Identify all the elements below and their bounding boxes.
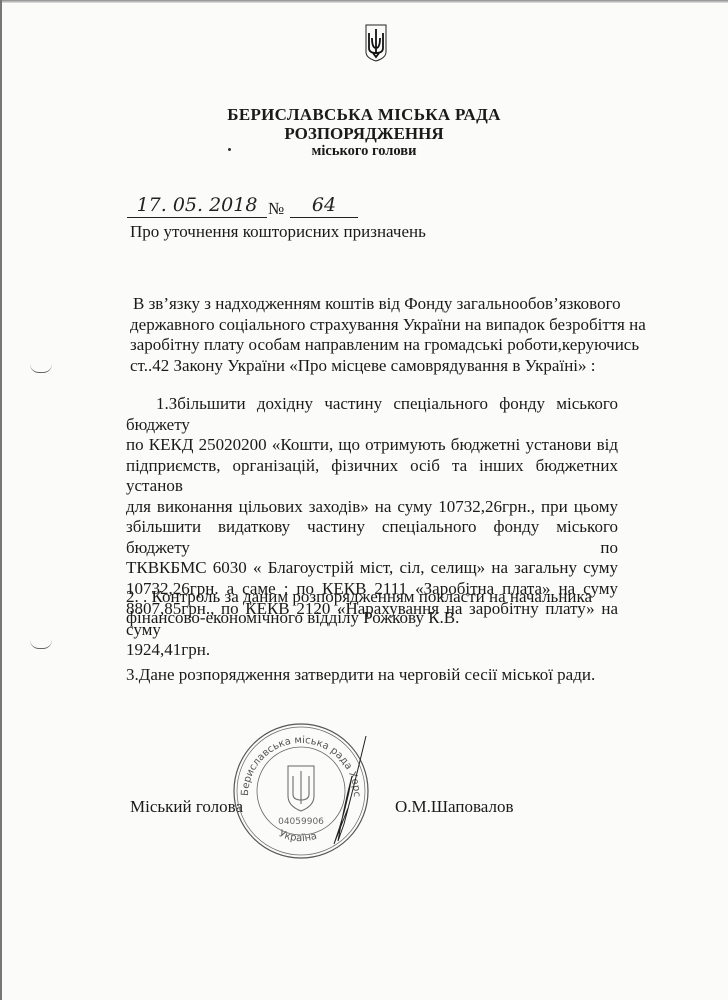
item-2: 2. . Контроль за даним розпорядженням по… — [126, 587, 618, 628]
item-1-line: підприємств, організацій, фізичних осіб … — [126, 456, 618, 497]
preamble-line: заробітну плату особам направленим на гр… — [130, 335, 620, 356]
preamble-line: ст..42 Закону України «Про місцеве самов… — [130, 356, 620, 377]
item-1-line: ТКВКБМС 6030 « Благоустрій міст, сіл, се… — [126, 558, 618, 579]
coat-of-arms-icon — [365, 24, 387, 62]
item-1-line: збільшити видаткову частину спеціального… — [126, 517, 618, 558]
preamble-line: державного соціального страхування Украї… — [130, 315, 620, 336]
issuer: міського голови — [0, 143, 728, 160]
document-date: 17. 05. 2018 — [127, 193, 267, 218]
item-1-line: 1924,41грн. — [126, 640, 618, 661]
scan-mark — [30, 364, 52, 373]
council-name: БЕРИСЛАВСЬКА МІСЬКА РАДА — [0, 105, 728, 125]
item-3: 3.Дане розпорядження затвердити на черго… — [126, 665, 618, 686]
scan-speck — [228, 148, 231, 151]
svg-text:Україна: Україна — [277, 828, 318, 844]
document-type: РОЗПОРЯДЖЕННЯ — [0, 124, 728, 144]
stamp-outer-text: Бериславська міська рада Херсонської обл… — [226, 716, 362, 797]
item-1-line: по КЕКД 25020200 «Кошти, що отримують бю… — [126, 435, 618, 456]
item-2-line: 2. . Контроль за даним розпорядженням по… — [126, 587, 618, 608]
item-1-line: для виконання цільових заходів» на суму … — [126, 497, 618, 518]
signatory-name: О.М.Шаповалов — [395, 797, 513, 817]
svg-text:Бериславська міська рада Херсо: Бериславська міська рада Херсонської обл… — [226, 716, 362, 797]
stamp-bottom-text: Україна — [277, 828, 318, 844]
preamble-line: В зв’язку з надходженням коштів від Фонд… — [130, 294, 620, 315]
item-2-line: фінансово-економічного відділу Рожкову К… — [126, 608, 618, 629]
document-number: 64 — [290, 193, 358, 218]
item-1-line: 1.Збільшити дохідну частину спеціального… — [126, 394, 618, 435]
preamble: В зв’язку з надходженням коштів від Фонд… — [130, 294, 620, 376]
number-sign: № — [268, 199, 284, 219]
scan-mark — [30, 640, 52, 649]
item-3-line: 3.Дане розпорядження затвердити на черго… — [126, 665, 618, 686]
official-stamp-icon: Бериславська міська рада Херсонської обл… — [226, 716, 376, 866]
document-subject: Про уточнення кошторисних призначень — [130, 222, 426, 242]
scan-edge-top — [0, 0, 728, 3]
stamp-code: 04059906 — [278, 817, 324, 827]
